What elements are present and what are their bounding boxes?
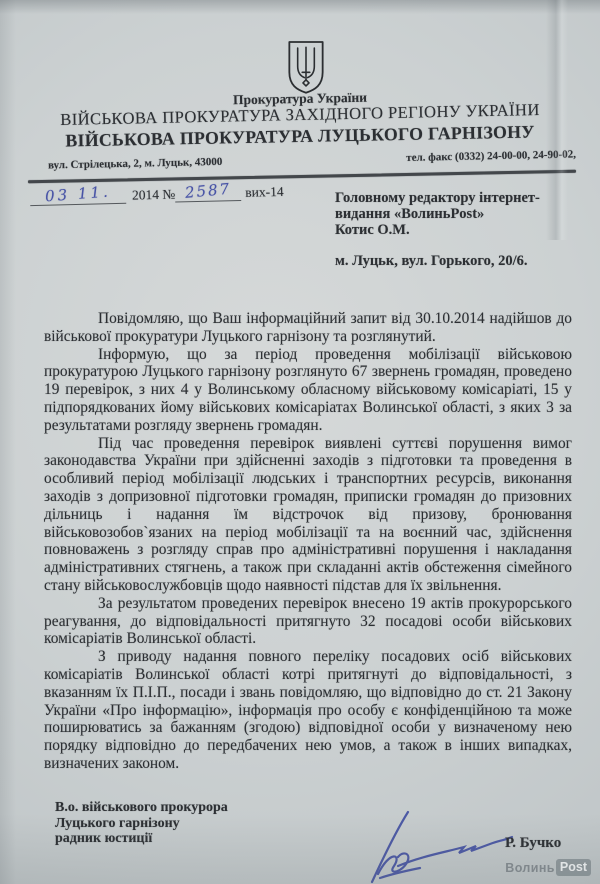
- outgoing-suffix: вих-14: [245, 184, 284, 201]
- org-phone: тел. факс (0332) 24-00-00, 24-90-02,: [406, 148, 576, 164]
- handwritten-date: 03 11.: [30, 184, 126, 206]
- signatory-name: Р. Бучко: [505, 835, 561, 852]
- recipient-line-2: видання «ВолиньPost»: [335, 206, 540, 222]
- paragraph-4: За результатом проведених перевірок внес…: [44, 595, 572, 648]
- scanned-letter-photo: Прокуратура України ВІЙСЬКОВА ПРОКУРАТУР…: [0, 0, 600, 884]
- photo-top-shadow: [0, 0, 600, 14]
- volynpost-watermark: Волинь Post: [505, 859, 591, 876]
- signatory-title-line-2: Луцького гарнізону: [55, 816, 228, 832]
- paragraph-1: Повідомляю, що Ваш інформаційний запит в…: [44, 310, 572, 346]
- handwritten-signature: [350, 804, 530, 884]
- handwritten-outgoing-number: 2587: [175, 181, 241, 203]
- recipient-address: м. Луцьк, вул. Горького, 20/6.: [335, 253, 540, 269]
- signatory-title-line-1: В.о. військового прокурора: [55, 800, 228, 816]
- recipient-line-3: Котис О.М.: [335, 222, 540, 238]
- ukraine-trident-emblem-icon: [283, 39, 329, 95]
- watermark-brand-text: Волинь: [505, 861, 555, 875]
- reference-line: 03 11. 2014 № 2587 вих-14: [30, 180, 284, 206]
- recipient-line-1: Головному редактору інтернет-: [335, 190, 540, 206]
- paragraph-5: З приводу надання повного переліку посад…: [44, 648, 572, 773]
- watermark-badge-text: Post: [556, 859, 591, 876]
- recipient-block: Головному редактору інтернет- видання «В…: [335, 190, 540, 269]
- year-number-label: 2014 №: [132, 187, 176, 204]
- letter-body: Повідомляю, що Ваш інформаційний запит в…: [44, 310, 572, 773]
- signatory-title-block: В.о. військового прокурора Луцького гарн…: [55, 800, 228, 847]
- org-address: вул. Стрілецька, 2, м. Луцьк, 43000: [48, 156, 222, 172]
- paragraph-2: Інформую, що за період проведення мобілі…: [44, 346, 572, 435]
- paragraph-3: Під час проведення перевірок виявлені су…: [44, 435, 572, 595]
- signatory-title-line-3: радник юстиції: [55, 831, 228, 847]
- header-divider: [28, 170, 576, 183]
